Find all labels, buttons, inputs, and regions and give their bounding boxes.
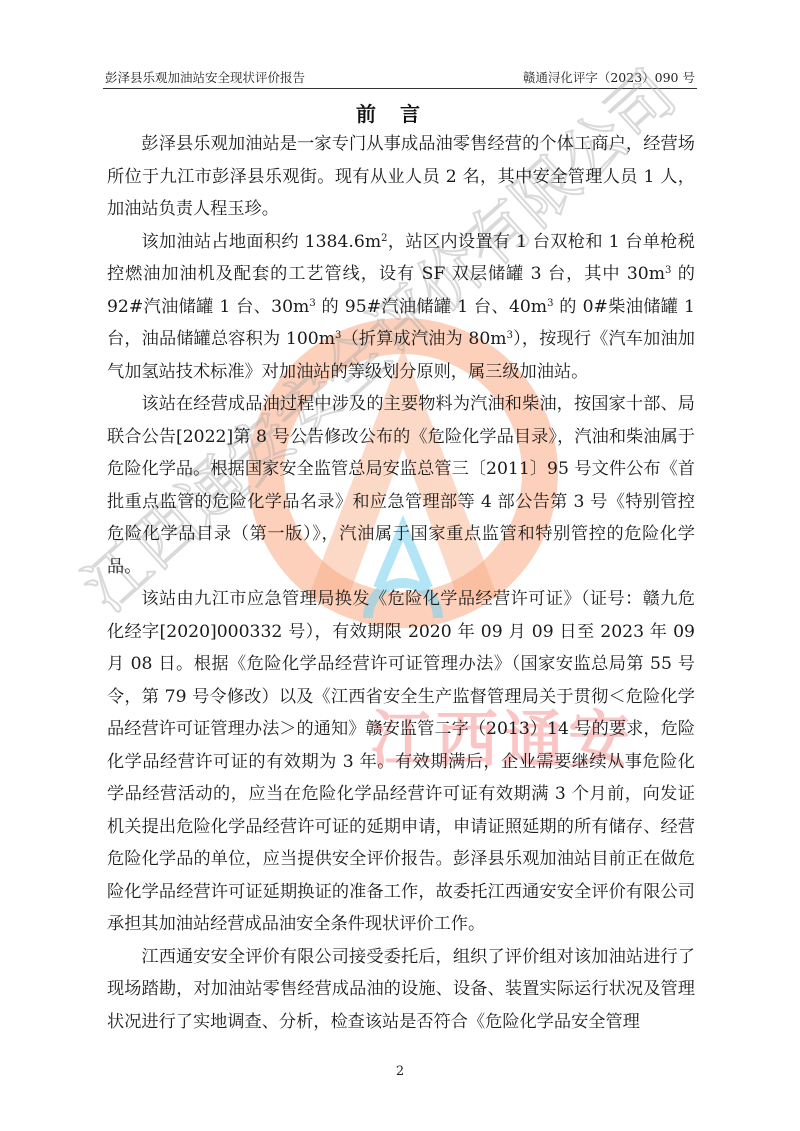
document-page: 彭泽县乐观加油站安全现状评价报告 赣通浔化评字（2023）090 号 前言 江西… xyxy=(0,0,800,1131)
page-header: 彭泽县乐观加油站安全现状评价报告 赣通浔化评字（2023）090 号 xyxy=(103,66,697,89)
page-number: 2 xyxy=(0,1064,800,1079)
header-report-title: 彭泽县乐观加油站安全现状评价报告 xyxy=(105,68,305,86)
paragraph-4: 该站由九江市应急管理局换发《危险化学品经营许可证》（证号：赣九危化经字[2020… xyxy=(107,583,695,941)
header-document-number: 赣通浔化评字（2023）090 号 xyxy=(523,68,695,86)
paragraph-2: 该加油站占地面积约 1384.6m2，站区内设置有 1 台双枪和 1 台单枪税控… xyxy=(107,226,695,389)
paragraph-1: 彭泽县乐观加油站是一家专门从事成品油零售经营的个体工商户，经营场所位于九江市彭泽… xyxy=(107,128,695,226)
paragraph-3: 该站在经营成品油过程中涉及的主要物料为汽油和柴油，按国家十部、局联合公告[202… xyxy=(107,388,695,583)
section-title: 前言 xyxy=(0,98,800,127)
paragraph-5: 江西通安安全评价有限公司接受委托后，组织了评价组对该加油站进行了现场踏勘，对加油… xyxy=(107,941,695,1039)
document-body: 彭泽县乐观加油站是一家专门从事成品油零售经营的个体工商户，经营场所位于九江市彭泽… xyxy=(107,128,695,1038)
